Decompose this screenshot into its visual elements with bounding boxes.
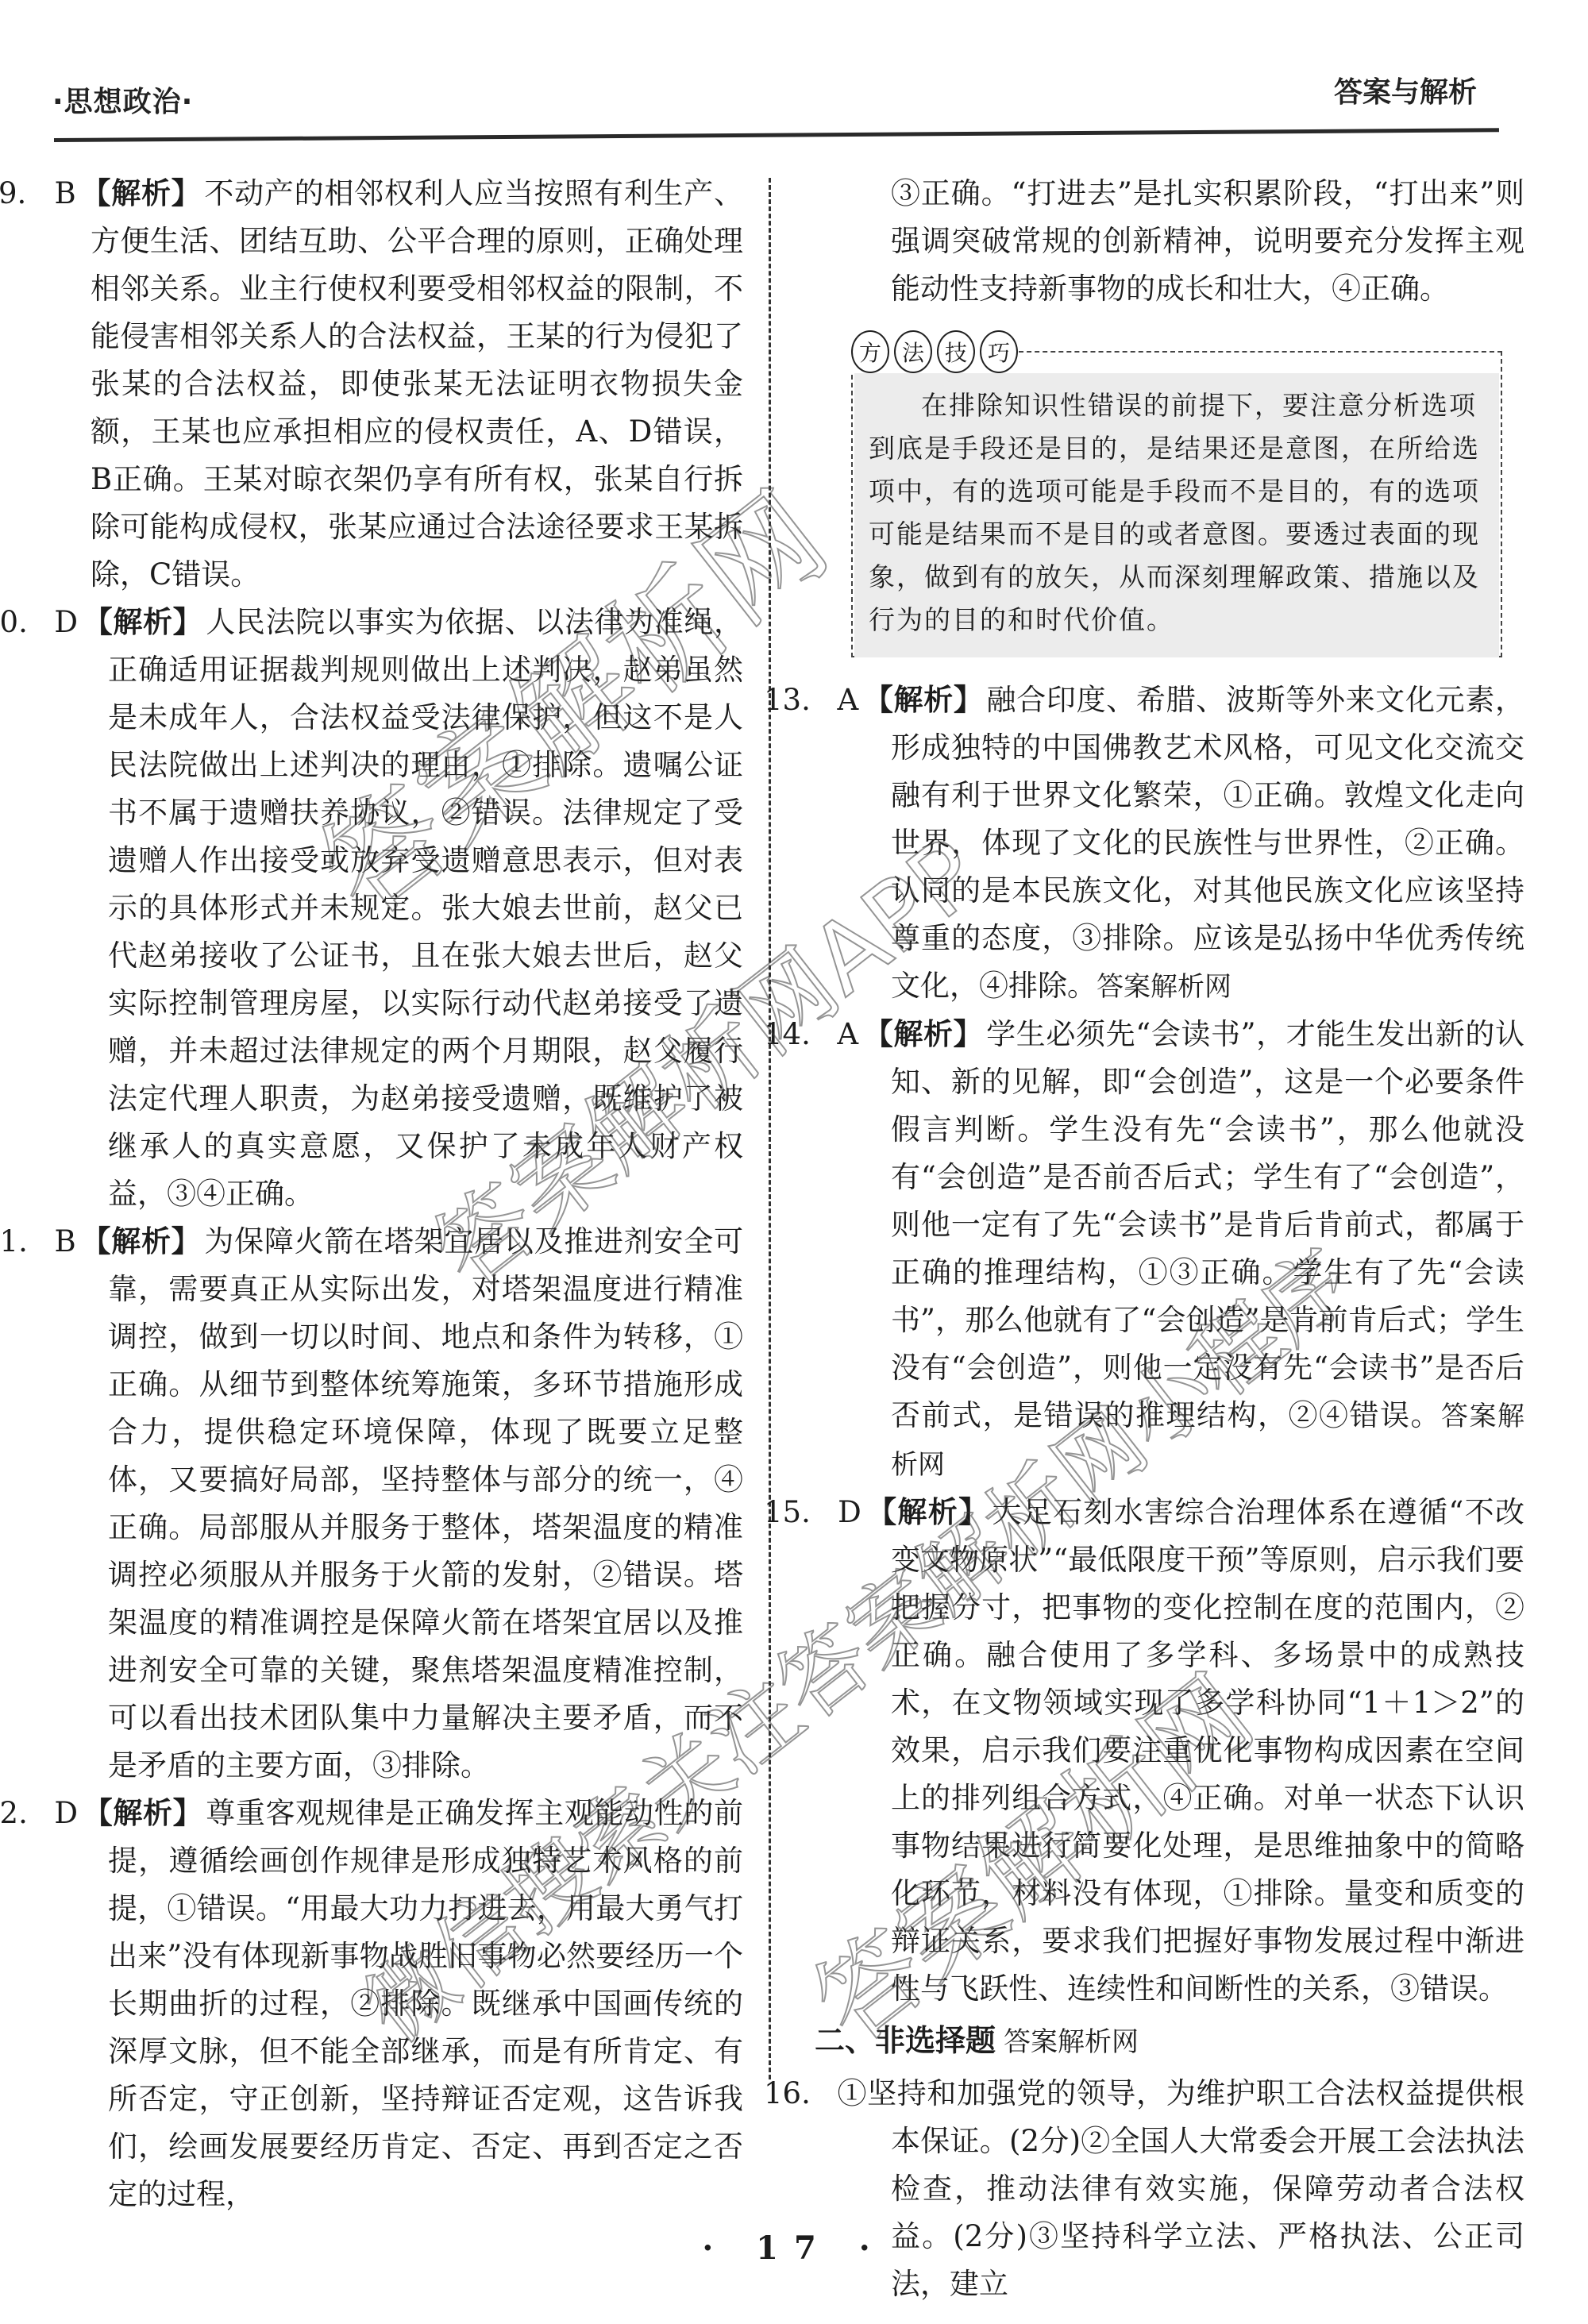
answer-letter: D [54,1796,78,1830]
answer-entry-12-continued: ③正确。“打进去”是扎实积累阶段，“打出来”则强调突破常规的创新精神，说明要充分… [827,170,1524,313]
analysis-text: 为保障火箭在塔架宜居以及推进剂安全可靠，需要真正从实际出发，对塔架温度进行精准调… [108,1224,743,1783]
header-rule [54,128,1499,142]
section-heading-non-choice: 二、非选择题答案解析网 [815,2016,1524,2067]
analysis-tag: 【解析】 [866,1495,989,1529]
answer-entry-15: 15. D【解析】大足石刻水害综合治理体系在遵循“不改变文物原状”“最低限度干预… [827,1489,1524,2013]
analysis-text: 大足石刻水害综合治理体系在遵循“不改变文物原状”“最低限度干预”等原则，启示我们… [891,1495,1524,2006]
answer-letter: B [55,176,76,210]
right-column: ③正确。“打进去”是扎实积累阶段，“打出来”则强调突破常规的创新精神，说明要充分… [827,170,1524,2308]
answer-entry-14: 14. A【解析】学生必须先“会读书”，才能生发出新的认知、新的见解，即“会创造… [827,1011,1524,1489]
column-divider [769,178,771,2079]
section-title: 二、非选择题 [815,2023,996,2058]
analysis-tag: 【解析】 [863,1017,983,1051]
section-label: 答案与解析 [1334,70,1477,110]
answer-letter: A [837,683,858,717]
site-tag: 答案解析网 [1004,2026,1139,2058]
analysis-tag: 【解析】 [81,1224,202,1258]
analysis-text: 不动产的相邻权利人应当按照有利生产、方便生活、团结互助、公平合理的原则，正确处理… [91,176,743,592]
analysis-tag: 【解析】 [83,1796,202,1830]
method-tips-box: 方 法 技 巧 在排除知识性错误的前提下，要注意分析选项到底是手段还是目的，是结… [851,330,1502,657]
page-number: · 17 · [0,2230,1588,2267]
analysis-tag: 【解析】 [81,176,202,210]
site-tag: 答案解析网 [1097,971,1231,1003]
circled-char-badge: 法 [894,330,932,373]
analysis-text: 融合印度、希腊、波斯等外来文化元素，形成独特的中国佛教艺术风格，可见文化交流交融… [891,683,1524,1003]
analysis-text: 尊重客观规律是正确发挥主观能动性的前提，遵循绘画创作规律是形成独特艺术风格的前提… [108,1796,743,2211]
method-tips-body: 在排除知识性错误的前提下，要注意分析选项到底是手段还是目的，是结果还是意图，在所… [869,390,1480,635]
answer-entry-12: 12. D【解析】尊重客观规律是正确发挥主观能动性的前提，遵循绘画创作规律是形成… [44,1790,743,2218]
subject-label: ·思想政治· [52,79,193,120]
analysis-text: 人民法院以事实为依据、以法律为准绳，正确适用证据裁判规则做出上述判决，赵弟虽然是… [108,605,743,1211]
answer-letter: A [837,1017,858,1051]
circled-char-badge: 巧 [980,330,1018,373]
answer-text: ①坚持和加强党的领导，为维护职工合法权益提供根本保证。(2分)②全国人大常委会开… [837,2076,1524,2301]
answer-entry-10: 10. D【解析】人民法院以事实为依据、以法律为准绳，正确适用证据裁判规则做出上… [44,599,743,1218]
answer-entry-13: 13. A【解析】融合印度、希腊、波斯等外来文化元素，形成独特的中国佛教艺术风格… [827,676,1524,1011]
answer-letter: D [838,1495,861,1529]
analysis-tag: 【解析】 [83,605,202,639]
method-badges: 方 法 技 巧 [851,330,1018,373]
analysis-text: 学生必须先“会读书”，才能生发出新的认知、新的见解，即“会创造”，这是一个必要条… [891,1017,1524,1432]
left-column: 9. B【解析】不动产的相邻权利人应当按照有利生产、方便生活、团结互助、公平合理… [44,170,743,2218]
answer-letter: B [55,1224,76,1258]
analysis-tag: 【解析】 [863,683,983,717]
circled-char-badge: 技 [937,330,975,373]
circled-char-badge: 方 [851,330,889,373]
answer-entry-9: 9. B【解析】不动产的相邻权利人应当按照有利生产、方便生活、团结互助、公平合理… [44,170,743,599]
method-tips-text: 在排除知识性错误的前提下，要注意分析选项到底是手段还是目的，是结果还是意图，在所… [854,373,1499,657]
answer-entry-16: 16. ①坚持和加强党的领导，为维护职工合法权益提供根本保证。(2分)②全国人大… [827,2070,1524,2308]
answer-entry-11: 11. B【解析】为保障火箭在塔架宜居以及推进剂安全可靠，需要真正从实际出发，对… [44,1218,743,1790]
answer-letter: D [54,605,78,639]
